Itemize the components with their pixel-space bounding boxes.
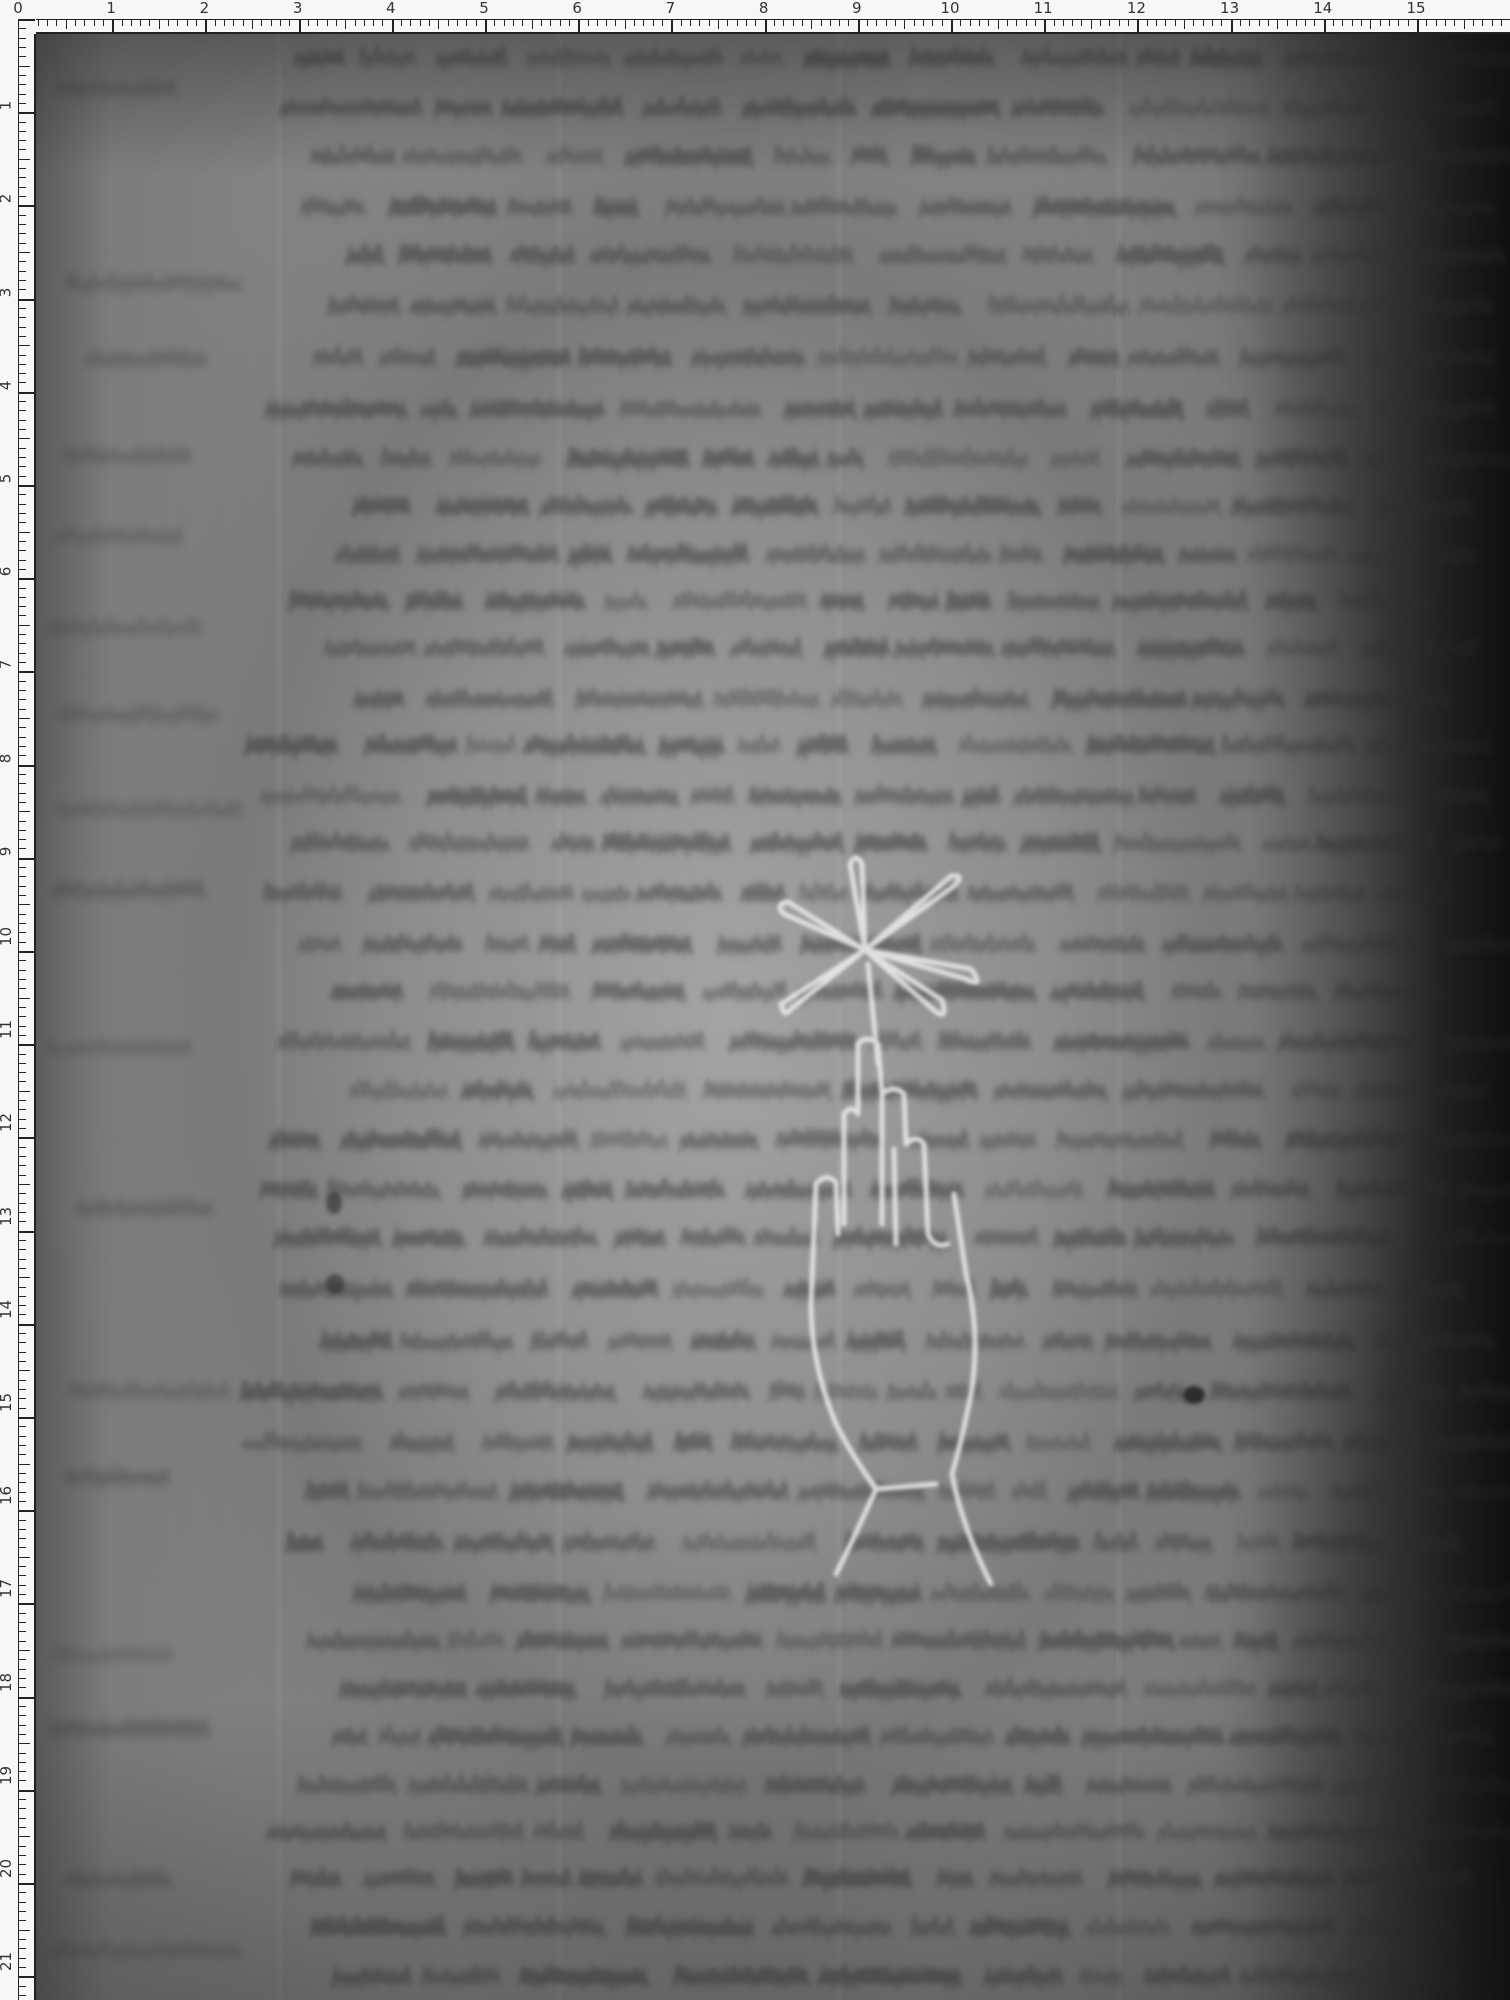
ruler-label: 0 bbox=[13, 0, 23, 16]
ruler-tick bbox=[19, 1277, 30, 1278]
ruler-label: 5 bbox=[0, 474, 13, 484]
ruler-tick bbox=[476, 20, 477, 26]
ruler-tick bbox=[19, 47, 26, 48]
ruler-tick bbox=[19, 1650, 30, 1651]
ruler-tick bbox=[718, 20, 719, 29]
ruler-tick bbox=[19, 1473, 26, 1474]
ruler-label: 11 bbox=[0, 1020, 14, 1039]
ruler-tick bbox=[19, 979, 26, 980]
ruler-label: 3 bbox=[0, 287, 13, 297]
ruler-tick bbox=[1175, 20, 1176, 26]
ruler-tick bbox=[243, 20, 244, 26]
ruler-label: 8 bbox=[759, 0, 769, 16]
ruler-label: 17 bbox=[0, 1579, 14, 1598]
ruler-tick bbox=[233, 20, 234, 26]
ruler-label: 18 bbox=[0, 1673, 14, 1692]
ruler-label: 20 bbox=[0, 1859, 14, 1878]
ruler-tick bbox=[19, 1287, 26, 1288]
ruler-tick bbox=[821, 20, 822, 26]
ruler-tick bbox=[19, 1100, 26, 1101]
ruler-tick bbox=[438, 20, 439, 29]
ruler-tick bbox=[19, 1594, 26, 1595]
ruler-tick bbox=[19, 215, 26, 216]
ruler-tick bbox=[19, 1529, 26, 1530]
ruler-tick bbox=[19, 494, 26, 495]
ruler-tick bbox=[19, 1044, 35, 1046]
ruler-tick bbox=[19, 765, 35, 767]
ruler-tick bbox=[1100, 20, 1101, 26]
ruler-inner-edge-top bbox=[36, 32, 1510, 34]
ruler-tick bbox=[19, 755, 26, 756]
ruler-tick bbox=[1389, 20, 1390, 26]
ruler-tick bbox=[19, 541, 26, 542]
ruler-label: 1 bbox=[106, 0, 116, 16]
ruler-tick bbox=[19, 1836, 30, 1837]
ruler-tick bbox=[709, 20, 710, 26]
ruler-tick bbox=[19, 1203, 26, 1204]
ruler-tick bbox=[19, 998, 30, 999]
ruler-tick bbox=[19, 988, 26, 989]
ruler-tick bbox=[19, 625, 30, 626]
ruler-tick bbox=[895, 20, 896, 26]
ruler-label: 10 bbox=[0, 927, 14, 946]
ruler-label: 14 bbox=[0, 1300, 14, 1319]
ruler-tick bbox=[19, 1725, 26, 1726]
ruler-tick bbox=[19, 1240, 26, 1241]
ruler-tick bbox=[19, 653, 26, 654]
ruler-tick bbox=[625, 20, 626, 29]
ruler-label: 4 bbox=[386, 0, 396, 16]
ruler-tick bbox=[19, 662, 26, 663]
ruler-tick bbox=[19, 1184, 30, 1185]
ruler-tick bbox=[19, 532, 30, 533]
ruler-label: 7 bbox=[0, 660, 13, 670]
ruler-tick bbox=[159, 20, 160, 29]
ruler-tick bbox=[19, 783, 26, 784]
ruler-tick bbox=[19, 1072, 26, 1073]
ruler-tick bbox=[187, 20, 188, 26]
ruler-tick bbox=[19, 485, 35, 487]
ruler-label: 9 bbox=[852, 0, 862, 16]
ruler-tick bbox=[56, 20, 57, 26]
ruler-tick bbox=[47, 20, 48, 26]
ruler-tick bbox=[19, 457, 26, 458]
ruler-tick bbox=[988, 20, 989, 26]
ruler-tick bbox=[19, 355, 26, 356]
ruler-tick bbox=[19, 1436, 26, 1437]
ruler-label: 19 bbox=[0, 1766, 14, 1785]
manuscript-image bbox=[36, 34, 1510, 2000]
ruler-tick bbox=[19, 1119, 26, 1120]
ruler-tick bbox=[19, 793, 26, 794]
ruler-tick bbox=[19, 746, 26, 747]
ruler-tick bbox=[19, 904, 30, 905]
ruler-tick bbox=[261, 20, 262, 26]
ruler-tick bbox=[634, 20, 635, 26]
ruler-tick bbox=[1147, 20, 1148, 26]
ruler-tick bbox=[19, 1855, 26, 1856]
ruler-tick bbox=[19, 1063, 26, 1064]
ruler-tick bbox=[19, 1976, 35, 1978]
ruler-tick bbox=[1240, 20, 1241, 26]
ruler-tick bbox=[19, 1212, 26, 1213]
ruler-tick bbox=[215, 20, 216, 26]
ruler-tick bbox=[19, 737, 26, 738]
ruler-tick bbox=[1361, 20, 1362, 26]
ruler-tick bbox=[811, 20, 812, 29]
ruler-tick bbox=[19, 1016, 26, 1017]
ruler-tick bbox=[140, 20, 141, 26]
ruler-tick bbox=[177, 20, 178, 26]
ruler-label: 13 bbox=[0, 1207, 14, 1226]
ruler-tick bbox=[19, 597, 26, 598]
ruler-tick bbox=[19, 1091, 30, 1092]
ruler-label: 15 bbox=[0, 1393, 14, 1412]
ruler-tick bbox=[19, 1715, 26, 1716]
ruler-tick bbox=[802, 20, 803, 26]
ruler-tick bbox=[19, 1986, 26, 1987]
ruler-tick bbox=[19, 66, 30, 67]
ruler-tick bbox=[681, 20, 682, 26]
ruler-tick bbox=[19, 280, 26, 281]
ruler-tick bbox=[19, 1790, 35, 1792]
ruler-tick bbox=[373, 20, 374, 26]
ruler-tick bbox=[1026, 20, 1027, 26]
ruler-tick bbox=[19, 1398, 26, 1399]
ruler-tick bbox=[1352, 20, 1353, 26]
ruler-tick bbox=[1408, 20, 1409, 26]
ruler-tick bbox=[19, 606, 26, 607]
ruler-tick bbox=[1081, 20, 1082, 26]
ruler-tick bbox=[19, 709, 26, 710]
ruler-tick bbox=[345, 20, 346, 29]
ruler-tick bbox=[19, 1221, 26, 1222]
ruler-tick bbox=[727, 20, 728, 26]
ruler-tick bbox=[280, 20, 281, 26]
ruler-tick bbox=[19, 429, 26, 430]
ruler-tick bbox=[1184, 20, 1185, 29]
ruler-tick bbox=[19, 243, 26, 244]
ruler-tick bbox=[196, 20, 197, 26]
ruler-tick bbox=[19, 690, 26, 691]
ruler-tick bbox=[289, 20, 290, 26]
ruler-tick bbox=[19, 811, 30, 812]
ruler-tick bbox=[19, 522, 26, 523]
ruler-label: 1 bbox=[0, 101, 13, 111]
ruler-tick bbox=[19, 1687, 26, 1688]
ruler-tick bbox=[1314, 20, 1315, 26]
ruler-tick bbox=[19, 1193, 26, 1194]
ruler-tick bbox=[19, 1902, 26, 1903]
ruler-label: 3 bbox=[293, 0, 303, 16]
ruler-tick bbox=[19, 513, 26, 514]
ruler-tick bbox=[1063, 20, 1064, 26]
ruler-tick bbox=[19, 299, 35, 301]
ruler-tick bbox=[19, 1538, 26, 1539]
ruler-tick bbox=[19, 727, 26, 728]
ruler-tick bbox=[960, 20, 961, 26]
ruler-label: 13 bbox=[1220, 0, 1239, 16]
ruler-tick bbox=[149, 20, 150, 26]
ruler-tick bbox=[19, 1231, 35, 1233]
ruler-label: 4 bbox=[0, 381, 13, 391]
ruler-tick bbox=[84, 20, 85, 26]
ruler-tick bbox=[1501, 20, 1502, 26]
ruler-tick bbox=[19, 1426, 26, 1427]
ruler-tick bbox=[19, 112, 35, 114]
ruler-tick bbox=[19, 1846, 26, 1847]
ruler-tick bbox=[886, 20, 887, 26]
ruler-tick bbox=[19, 1930, 30, 1931]
ruler-tick bbox=[19, 1035, 26, 1036]
ruler-tick bbox=[643, 20, 644, 26]
ruler-tick bbox=[615, 20, 616, 26]
ruler-tick bbox=[19, 1547, 26, 1548]
ruler-label: 2 bbox=[0, 194, 13, 204]
ruler-tick bbox=[19, 1501, 26, 1502]
ruler-tick bbox=[19, 821, 26, 822]
ruler-tick bbox=[466, 20, 467, 26]
ruler-tick bbox=[19, 560, 26, 561]
ruler-tick bbox=[19, 327, 26, 328]
ruler-tick bbox=[19, 1370, 30, 1371]
ruler-tick bbox=[19, 914, 26, 915]
ruler-tick bbox=[19, 802, 26, 803]
ruler-tick bbox=[19, 839, 26, 840]
ruler-tick bbox=[252, 20, 253, 29]
ruler-tick bbox=[19, 364, 26, 365]
ruler-tick bbox=[19, 476, 26, 477]
ruler-tick bbox=[19, 1967, 26, 1968]
ruler-tick bbox=[336, 20, 337, 26]
ruler-tick bbox=[1128, 20, 1129, 26]
ruler-tick bbox=[19, 1259, 26, 1260]
ruler-tick bbox=[19, 1408, 26, 1409]
ruler-tick bbox=[19, 1575, 26, 1576]
ruler-tick bbox=[19, 951, 35, 953]
ruler-tick bbox=[19, 774, 26, 775]
ruler-tick bbox=[19, 1603, 35, 1605]
ruler-tick bbox=[19, 671, 35, 673]
ruler-label: 21 bbox=[0, 1952, 14, 1971]
ruler-tick bbox=[19, 420, 26, 421]
ruler-tick bbox=[19, 1911, 26, 1912]
ruler-tick bbox=[19, 1314, 26, 1315]
ruler-tick bbox=[168, 20, 169, 26]
ruler-tick bbox=[19, 1995, 26, 1996]
ruler-tick bbox=[19, 699, 26, 700]
ruler-tick bbox=[19, 149, 26, 150]
ruler-tick bbox=[904, 20, 905, 29]
ruler-tick bbox=[19, 373, 26, 374]
ruler-tick bbox=[19, 1585, 26, 1586]
ruler-tick bbox=[19, 438, 30, 439]
ruler-tick bbox=[19, 1818, 26, 1819]
ruler-tick bbox=[1193, 20, 1194, 26]
ruler-label: 5 bbox=[479, 0, 489, 16]
ruler-tick bbox=[19, 578, 35, 580]
ruler-tick bbox=[1492, 20, 1493, 26]
ruler-tick bbox=[1221, 20, 1222, 26]
ruler-tick bbox=[783, 20, 784, 26]
ruler-tick bbox=[401, 20, 402, 26]
ruler-tick bbox=[19, 1799, 26, 1800]
ruler-tick bbox=[19, 867, 26, 868]
ruler-tick bbox=[876, 20, 877, 26]
ruler-tick bbox=[103, 20, 104, 26]
ruler-tick bbox=[19, 1659, 26, 1660]
ruler-tick bbox=[131, 20, 132, 26]
ruler-tick bbox=[1426, 20, 1427, 26]
ruler-tick bbox=[19, 271, 26, 272]
ruler-tick bbox=[1091, 20, 1092, 29]
ruler-tick bbox=[19, 1296, 26, 1297]
ruler-tick bbox=[1445, 20, 1446, 26]
ruler-tick bbox=[19, 392, 35, 394]
ruler-tick bbox=[848, 20, 849, 26]
ruler-tick bbox=[942, 20, 943, 26]
ruler-tick bbox=[19, 923, 26, 924]
ruler-tick bbox=[19, 1669, 26, 1670]
ruler-tick bbox=[19, 1165, 26, 1166]
ruler-tick bbox=[662, 20, 663, 26]
ruler-tick bbox=[19, 681, 26, 682]
ruler-tick bbox=[19, 550, 26, 551]
ruler-tick bbox=[19, 1892, 26, 1893]
ruler-tick bbox=[1156, 20, 1157, 26]
ruler-tick bbox=[19, 1417, 35, 1419]
ruler-tick bbox=[914, 20, 915, 26]
ruler-tick bbox=[1305, 20, 1306, 26]
ruler-tick bbox=[19, 1147, 26, 1148]
ruler-tick bbox=[998, 20, 999, 29]
ruler-tick bbox=[19, 38, 26, 39]
ruler-tick bbox=[19, 317, 26, 318]
ruler-tick bbox=[513, 20, 514, 26]
ruler-tick bbox=[19, 1734, 26, 1735]
ruler-tick bbox=[19, 1361, 26, 1362]
ruler-tick bbox=[19, 1510, 35, 1512]
ruler-tick bbox=[19, 84, 26, 85]
ruler-tick bbox=[19, 1631, 26, 1632]
ruler-tick bbox=[19, 1864, 26, 1865]
ruler-tick bbox=[1482, 20, 1483, 26]
ruler-tick bbox=[597, 20, 598, 26]
ruler-tick bbox=[550, 20, 551, 26]
ruler-tick bbox=[19, 177, 26, 178]
ruler-tick bbox=[699, 20, 700, 26]
ruler-tick bbox=[19, 1109, 26, 1110]
star-icon bbox=[780, 858, 978, 1014]
ruler-tick bbox=[569, 20, 570, 26]
ruler-tick bbox=[19, 960, 26, 961]
ruler-tick bbox=[1436, 20, 1437, 26]
ruler-tick bbox=[19, 94, 26, 95]
ruler-tick bbox=[19, 187, 26, 188]
ruler-tick bbox=[19, 466, 26, 467]
ruler-tick bbox=[1109, 20, 1110, 26]
ruler-tick bbox=[19, 588, 26, 589]
ruler-tick bbox=[19, 410, 26, 411]
ruler-label: 14 bbox=[1313, 0, 1332, 16]
ruler-tick bbox=[1296, 20, 1297, 26]
ruler-tick bbox=[19, 1054, 26, 1055]
ruler-tick bbox=[541, 20, 542, 26]
ruler-tick bbox=[19, 1641, 26, 1642]
ruler-tick bbox=[19, 1808, 26, 1809]
ruler-tick bbox=[1342, 20, 1343, 26]
ruler-tick bbox=[970, 20, 971, 26]
ruler-tick bbox=[19, 504, 26, 505]
ruler-tick bbox=[19, 1389, 26, 1390]
ruler-tick bbox=[19, 1566, 26, 1567]
ruler-tick bbox=[19, 1557, 30, 1558]
ruler-tick bbox=[19, 1762, 26, 1763]
ruler-tick bbox=[19, 1771, 26, 1772]
ruler-tick bbox=[19, 1697, 35, 1699]
ruler-tick bbox=[19, 1613, 26, 1614]
ruler-tick bbox=[19, 1007, 26, 1008]
ruler-tick bbox=[19, 1622, 26, 1623]
ruler-tick bbox=[19, 1743, 30, 1744]
ruler-tick bbox=[19, 1081, 26, 1082]
ruler-tick bbox=[19, 122, 26, 123]
ruler-tick bbox=[75, 20, 76, 26]
ruler-tick bbox=[19, 289, 26, 290]
ruler-tick bbox=[923, 20, 924, 26]
ruler-tick bbox=[19, 718, 30, 719]
ruler-tick bbox=[19, 336, 26, 337]
ruler-tick bbox=[19, 1380, 26, 1381]
ruler-tick bbox=[19, 1156, 26, 1157]
ruler-label: 6 bbox=[572, 0, 582, 16]
ruler-tick bbox=[1454, 20, 1455, 26]
ruler-tick bbox=[19, 19, 35, 21]
ruler-tick bbox=[19, 858, 35, 860]
ruler-label: 9 bbox=[0, 847, 13, 857]
ruler-tick bbox=[19, 261, 26, 262]
ruler-tick bbox=[448, 20, 449, 26]
ruler-tick bbox=[1054, 20, 1055, 26]
ruler-tick bbox=[19, 1753, 26, 1754]
hand-icon bbox=[811, 1039, 991, 1584]
ruler-tick bbox=[1249, 20, 1250, 26]
ruler-tick bbox=[19, 1342, 26, 1343]
ruler-tick bbox=[588, 20, 589, 26]
ruler-tick bbox=[19, 448, 26, 449]
ruler-tick bbox=[271, 20, 272, 26]
ruler-tick bbox=[19, 1137, 35, 1139]
ruler-tick bbox=[19, 1883, 35, 1885]
ruler-tick bbox=[532, 20, 533, 29]
ruler-tick bbox=[19, 895, 26, 896]
ruler-tick bbox=[19, 205, 35, 207]
ruler-tick bbox=[66, 20, 67, 29]
ruler-label: 6 bbox=[0, 567, 13, 577]
ruler-tick bbox=[494, 20, 495, 26]
ruler-tick bbox=[19, 1492, 26, 1493]
ruler-tick bbox=[1464, 20, 1465, 29]
ruler-tick bbox=[774, 20, 775, 26]
ruler-label: 16 bbox=[0, 1486, 14, 1505]
ruler-tick bbox=[19, 196, 26, 197]
ruler-tick bbox=[19, 1948, 26, 1949]
ruler-tick bbox=[932, 20, 933, 26]
ruler-tick bbox=[19, 1520, 26, 1521]
ruler-tick bbox=[19, 1780, 26, 1781]
ruler-tick bbox=[19, 1128, 26, 1129]
ruler-tick bbox=[793, 20, 794, 26]
